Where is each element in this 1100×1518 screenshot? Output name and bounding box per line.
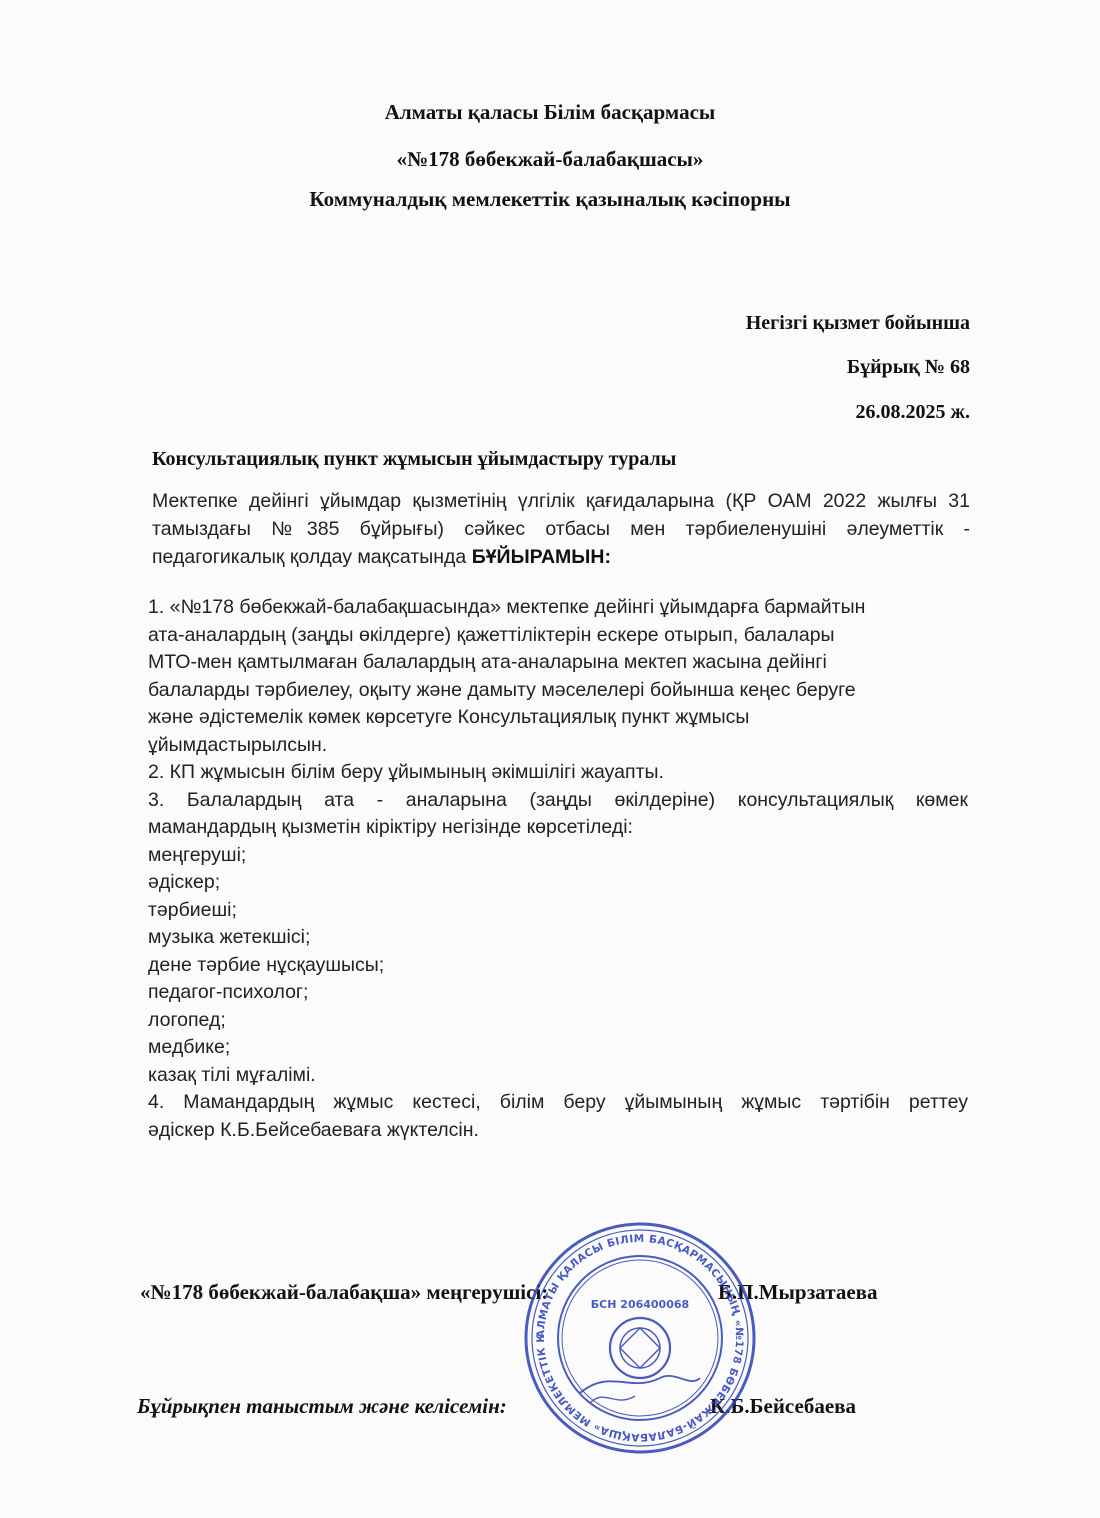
official-stamp-icon: АЛМАТЫ ҚАЛАСЫ БІЛІМ БАСҚАРМАСЫНЫҢ «№178 … — [520, 1218, 760, 1458]
item-4-line-2: әдіскер К.Б.Бейсебаеваға жүктелсін. — [148, 1117, 968, 1145]
document-page: Алматы қаласы Білім басқармасы «№178 бөб… — [0, 0, 1100, 1518]
specialist-item: логопед; — [148, 1007, 968, 1035]
specialist-item: педагог-психолог; — [148, 979, 968, 1007]
specialist-item: казақ тілі мұғалімі. — [148, 1062, 968, 1090]
item-1-line: және әдістемелік көмек көрсетуге Консуль… — [148, 704, 968, 732]
item-2: 2. КП жұмысын білім беру ұйымының әкімші… — [148, 759, 968, 787]
order-number: Бұйрық № 68 — [847, 356, 970, 379]
item-1-line: балаларды тәрбиелеу, оқыту және дамыту м… — [148, 677, 968, 705]
specialist-item: тәрбиеші; — [148, 897, 968, 925]
header-line-2: «№178 бөбекжай-балабақшасы» — [0, 147, 1100, 172]
director-signature-label: «№178 бөбекжай-балабақша» меңгерушісі: — [140, 1280, 548, 1305]
item-3-line-2: мамандардың қызметін кіріктіру негізінде… — [148, 814, 968, 842]
specialist-item: медбике; — [148, 1034, 968, 1062]
header-line-3: Коммуналдық мемлекеттік қазыналық кәсіпо… — [0, 187, 1100, 212]
item-1-line: 1. «№178 бөбекжай-балабақшасында» мектеп… — [148, 594, 968, 622]
document-title: Консультациялық пункт жұмысын ұйымдастыр… — [152, 448, 676, 471]
svg-text:АЛМАТЫ ҚАЛАСЫ БІЛІМ БАСҚАРМАСЫ: АЛМАТЫ ҚАЛАСЫ БІЛІМ БАСҚАРМАСЫНЫҢ «№178 … — [520, 1218, 745, 1443]
specialist-item: меңгеруші; — [148, 842, 968, 870]
header-line-1: Алматы қаласы Білім басқармасы — [0, 100, 1100, 125]
specialist-item: дене тәрбие нұсқаушысы; — [148, 952, 968, 980]
order-category: Негізгі қызмет бойынша — [746, 312, 970, 335]
item-1-line: ата-аналардың (заңды өкілдерге) қажеттіл… — [148, 622, 968, 650]
stamp-inner-text: БСН 206400068 — [591, 1298, 689, 1311]
acknowledged-label: Бұйрықпен таныстым және келісемін: — [137, 1394, 507, 1419]
intro-emphasis: БҰЙЫРАМЫН: — [472, 546, 611, 568]
item-1-line: МТО-мен қамтылмаған балалардың ата-анала… — [148, 649, 968, 677]
item-1: 1. «№178 бөбекжай-балабақшасында» мектеп… — [148, 594, 968, 1144]
item-1-line: ұйымдастырылсын. — [148, 732, 968, 760]
stamp-outer-text: АЛМАТЫ ҚАЛАСЫ БІЛІМ БАСҚАРМАСЫНЫҢ «№178 … — [520, 1218, 745, 1443]
item-4-line-1: 4. Мамандардың жұмыс кестесі, білім беру… — [148, 1089, 968, 1117]
item-3-line-1: 3. Балалардың ата - аналарына (заңды өкі… — [148, 787, 968, 815]
intro-paragraph: Мектепке дейінгі ұйымдар қызметінің үлгі… — [152, 487, 970, 571]
order-date: 26.08.2025 ж. — [855, 401, 970, 424]
specialist-item: әдіскер; — [148, 869, 968, 897]
specialist-item: музыка жетекшісі; — [148, 924, 968, 952]
